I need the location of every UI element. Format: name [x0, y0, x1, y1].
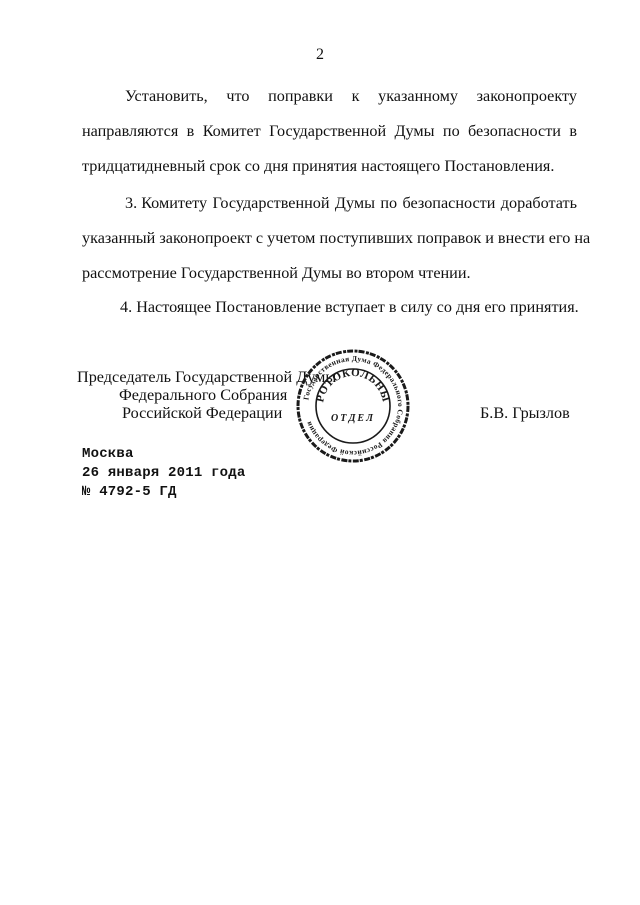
- word: доработать: [501, 193, 577, 213]
- word: Государственной: [269, 121, 386, 141]
- word: законопроекту: [477, 86, 577, 106]
- word: 3. Комитету: [125, 193, 207, 213]
- official-stamp: Государственная Дума Федерального Собран…: [295, 348, 411, 464]
- paragraph-1-line-3: тридцатидневный срок со дня принятия нас…: [82, 156, 577, 176]
- signatory-title-line-2: Федерального Собрания: [119, 385, 287, 405]
- page-number: 2: [0, 46, 640, 64]
- word: безопасности: [468, 121, 561, 141]
- word: по: [380, 193, 397, 213]
- word: в: [569, 121, 577, 141]
- paragraph-3-line-3: рассмотрение Государственной Думы во вто…: [82, 263, 577, 283]
- word: по: [443, 121, 460, 141]
- word: Установить,: [125, 86, 208, 106]
- signatory-title-line-3: Российской Федерации: [122, 403, 282, 423]
- word: Думы: [395, 121, 435, 141]
- word: Комитет: [203, 121, 261, 141]
- stamp-seal-icon: Государственная Дума Федерального Собран…: [295, 348, 411, 464]
- svg-text:ОТДЕЛ: ОТДЕЛ: [331, 413, 375, 424]
- paragraph-1-line-1: Установить, что поправки к указанному за…: [125, 86, 577, 106]
- paragraph-3-line-1: 3. Комитету Государственной Думы по безо…: [125, 193, 577, 213]
- document-date: 26 января 2011 года: [82, 464, 245, 482]
- paragraph-4-line-1: 4. Настоящее Постановление вступает в си…: [120, 297, 572, 317]
- word: поправки: [268, 86, 333, 106]
- word: безопасности: [402, 193, 495, 213]
- word: что: [226, 86, 249, 106]
- word: направляются: [82, 121, 178, 141]
- document-number: № 4792-5 ГД: [82, 483, 177, 501]
- signatory-name: Б.В. Грызлов: [480, 403, 570, 423]
- document-city: Москва: [82, 445, 134, 463]
- word: в: [187, 121, 195, 141]
- word: к: [352, 86, 360, 106]
- paragraph-3-line-2: указанный законопроект с учетом поступив…: [82, 228, 577, 248]
- word: указанному: [378, 86, 458, 106]
- word: Государственной: [212, 193, 329, 213]
- word: Думы: [335, 193, 375, 213]
- paragraph-1-line-2: направляются в Комитет Государственной Д…: [82, 121, 577, 141]
